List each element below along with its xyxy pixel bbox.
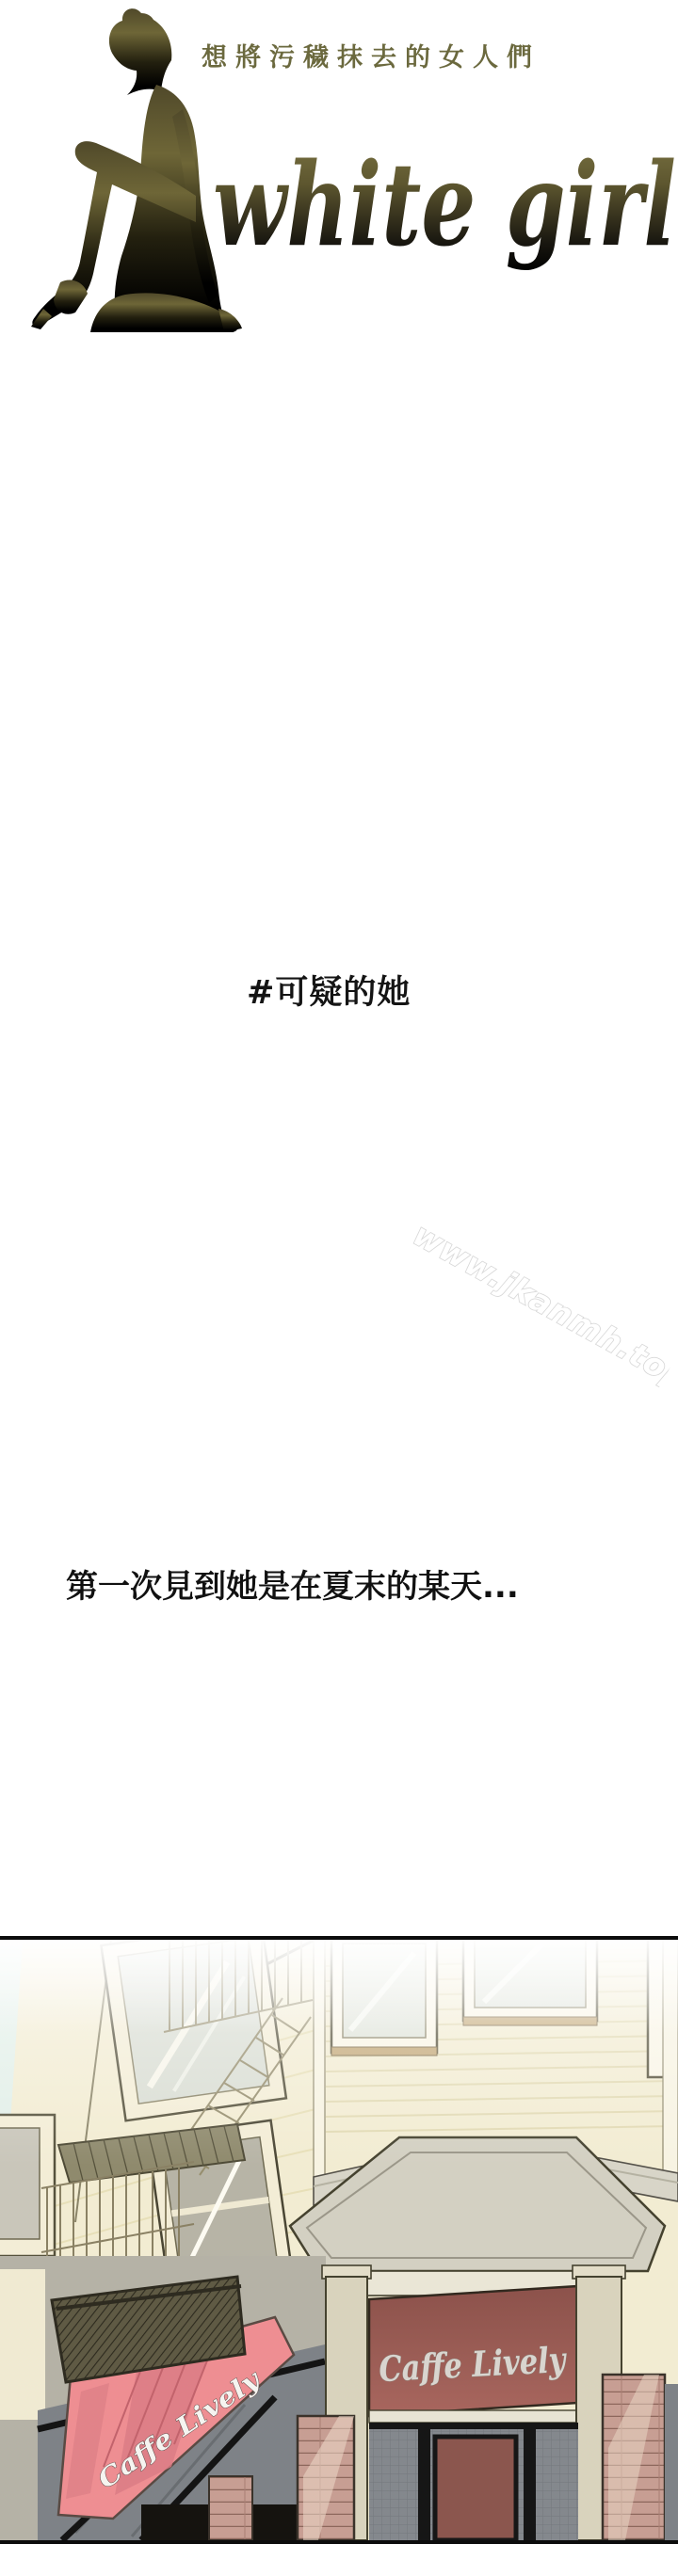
narration-text: 第一次見到她是在夏末的某天...: [66, 1560, 519, 1607]
site-watermark-text: www.jkanmh.top: [407, 1216, 678, 1398]
left-storefront: Caffe Lively: [0, 2256, 326, 2540]
cafe-sign-right: Caffe Lively: [369, 2286, 578, 2416]
site-watermark: www.jkanmh.top: [394, 1207, 678, 1406]
comic-panel: Caffe Lively Caffe Lively: [0, 1936, 678, 2544]
series-tagline: 想將污穢抹去的女人們: [202, 42, 541, 72]
series-title: white girl: [213, 136, 676, 272]
panel-top-fade-soft: [0, 1940, 678, 2166]
episode-hashtag: #可疑的她: [247, 967, 411, 1014]
cafe-building-illustration: Caffe Lively Caffe Lively: [0, 1940, 678, 2540]
right-storefront: Caffe Lively: [298, 2265, 678, 2540]
series-logo: 想將污穢抹去的女人們 white girl: [0, 0, 678, 405]
